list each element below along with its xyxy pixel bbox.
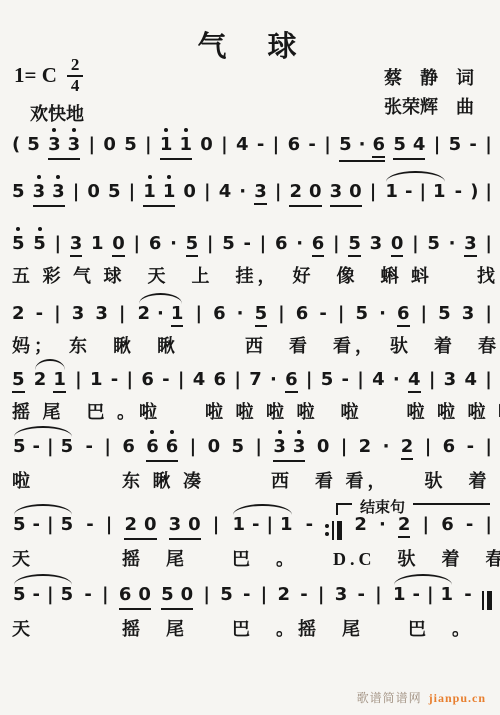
beamed-group: 11	[143, 181, 175, 207]
barline: |	[106, 514, 113, 536]
note: 1	[385, 181, 398, 203]
tie-slur-group: 5-|5	[12, 514, 74, 536]
note: 5	[427, 233, 440, 255]
note: 2	[401, 436, 414, 460]
beamed-group: 5·6	[339, 134, 385, 162]
dash-extension: -	[33, 584, 40, 606]
parenthesis: )	[470, 181, 478, 203]
dash-extension: -	[111, 369, 118, 391]
barline: |	[47, 514, 54, 536]
note: 3	[254, 181, 267, 205]
note: 5	[220, 584, 233, 606]
barline: |	[178, 369, 185, 391]
augmentation-dot: ·	[270, 369, 277, 391]
barline: |	[75, 369, 82, 391]
time-signature-denominator: 4	[67, 77, 84, 96]
barline: |	[375, 584, 382, 606]
note: 2	[359, 436, 372, 458]
note: 2	[34, 369, 47, 391]
beamed-group: 33	[48, 134, 80, 160]
score-line-1: (533|05|110|4-|6-|5·654|5-|	[12, 134, 492, 162]
octave-dot	[170, 430, 174, 434]
notes-row: 2-|33|2·1|6·5|6-|5·6|53|	[12, 303, 492, 327]
note: 0	[138, 584, 151, 606]
note: 3	[48, 134, 61, 156]
note: 6	[296, 303, 309, 325]
key-signature: 1= C 2 4	[14, 56, 83, 95]
dash-extension: -	[243, 233, 250, 255]
augmentation-dot: ·	[379, 303, 386, 325]
note: 3	[273, 436, 286, 458]
barline: |	[485, 181, 492, 203]
beamed-group: 20	[124, 514, 156, 540]
note: 6	[285, 369, 298, 393]
note: 1	[433, 181, 446, 203]
octave-dot	[184, 128, 188, 132]
time-signature: 2 4	[67, 56, 84, 95]
note: 3	[95, 303, 108, 325]
beamed-group: 66	[146, 436, 178, 462]
note: 3	[293, 436, 306, 458]
note: 5	[33, 233, 46, 255]
tie-slur-group: 1-|1	[384, 181, 446, 203]
barline: |	[204, 181, 211, 203]
note: 6	[288, 134, 301, 156]
note: 6	[312, 233, 325, 257]
barline: |	[129, 181, 136, 203]
barline: |	[261, 584, 268, 606]
note: 5	[12, 233, 25, 255]
augmentation-dot: ·	[449, 233, 456, 255]
dash-extension: -	[243, 584, 250, 606]
note: 5	[356, 303, 369, 325]
note: 3	[462, 303, 475, 325]
octave-dot	[37, 175, 41, 179]
note: 5	[61, 584, 74, 606]
dash-extension: -	[308, 134, 315, 156]
note: 2	[354, 514, 367, 536]
tie-slur-group: 5-|5	[12, 584, 74, 606]
note: 5	[186, 233, 199, 257]
note: 5	[12, 181, 25, 203]
note: 1	[441, 584, 454, 606]
barline: |	[134, 233, 141, 255]
barline: |	[434, 134, 441, 156]
octave-dot	[72, 128, 76, 132]
dash-extension: -	[162, 369, 169, 391]
tempo-marking: 欢快地	[30, 100, 84, 126]
barline: |	[324, 134, 331, 156]
note: 0	[391, 233, 404, 257]
note: 1	[90, 369, 103, 391]
note: 0	[309, 181, 322, 203]
augmentation-dot: ·	[379, 514, 386, 536]
lyrics-row: 妈； 东 瞅 瞅 西 看 看， 驮 着 春 天	[12, 332, 492, 358]
beamed-group: 33	[273, 436, 305, 462]
notes-row: (533|05|110|4-|6-|5·654|5-|	[12, 134, 492, 162]
barline: |	[190, 436, 197, 458]
note: 5	[108, 181, 121, 203]
barline: |	[306, 369, 313, 391]
note: 3	[169, 514, 182, 536]
ending-phrase-label: 结束句	[352, 496, 413, 517]
barline: |	[255, 436, 262, 458]
ending-phrase-marker: 结束句	[336, 496, 490, 517]
barline: |	[419, 181, 426, 203]
note: 5	[339, 134, 352, 156]
note: 5	[255, 303, 268, 327]
octave-dot	[16, 227, 20, 231]
augmentation-dot: ·	[393, 369, 400, 391]
barline: |	[412, 233, 419, 255]
note: 5	[13, 514, 26, 536]
dash-extension: -	[86, 514, 93, 536]
dash-extension: -	[33, 436, 40, 458]
beamed-group: (5	[12, 134, 40, 156]
dash-extension: -	[464, 584, 471, 606]
tie-slur-group: 21	[33, 369, 67, 393]
parenthesis: (	[12, 134, 20, 156]
note: 6	[166, 436, 179, 458]
note: 5	[13, 436, 26, 458]
note: 3	[33, 181, 46, 203]
note: 5	[438, 303, 451, 325]
note: 0	[208, 436, 221, 458]
note: 6	[122, 436, 135, 458]
note: 1	[163, 181, 176, 203]
score-line-3: 55|310|6·5|5-|6·6|530|5·3|五 彩 气 球 天 上 挂，…	[12, 233, 492, 288]
note: 5	[393, 134, 406, 156]
note: 3	[335, 584, 348, 606]
final-barline	[482, 591, 492, 610]
note: 1	[143, 181, 156, 203]
note: 5	[12, 369, 25, 393]
barline: |	[213, 514, 220, 536]
barline: |	[357, 369, 364, 391]
note: 5	[348, 233, 361, 257]
score-line-8: 5-|5-|6050|5-|2-|3-|1-|1-天 摇 尾 巴 。摇 尾 巴 …	[12, 584, 492, 641]
note: 2	[289, 181, 302, 203]
beamed-group: 54	[393, 134, 425, 160]
barline: |	[485, 436, 492, 458]
beamed-group: 11	[160, 134, 192, 160]
barline: |	[421, 303, 428, 325]
beamed-group: 60	[119, 584, 151, 610]
note: 5	[321, 369, 334, 391]
note: 0	[144, 514, 157, 536]
notes-row: 5-|5-|6050|5-|2-|3-|1-|1-	[12, 584, 492, 610]
lyrics-row: 摇 尾 巴 。啦 啦 啦 啦 啦 啦 啦 啦 啦 啦	[12, 398, 492, 424]
note: 5	[61, 514, 74, 536]
note: 6	[119, 584, 132, 606]
barline: |	[104, 436, 111, 458]
note: 6	[213, 303, 226, 325]
note: 1	[53, 369, 66, 393]
notes-row: 5-|5-|666|05|330|2·2|6-|	[12, 436, 492, 462]
barline: |	[55, 233, 62, 255]
note: 0	[181, 584, 194, 606]
note: 2	[138, 303, 151, 325]
note: 0	[200, 134, 213, 156]
augmentation-dot: ·	[359, 134, 366, 156]
octave-dot	[52, 128, 56, 132]
barline: |	[427, 584, 434, 606]
dash-extension: -	[342, 369, 349, 391]
octave-dot	[56, 175, 60, 179]
notes-row: 521|1-|6-|46|7·6|5-|4·4|34|	[12, 369, 492, 393]
note: 5	[232, 436, 245, 458]
barline: |	[278, 303, 285, 325]
note: 0	[87, 181, 100, 203]
octave-dot	[164, 128, 168, 132]
barline: |	[429, 369, 436, 391]
tie-slur-group: 1-|1	[231, 514, 293, 536]
barline: |	[273, 134, 280, 156]
beamed-group: 30	[169, 514, 201, 540]
barline: |	[275, 181, 282, 203]
note: 3	[370, 233, 383, 255]
note: 4	[464, 369, 477, 391]
note: 4	[413, 134, 426, 156]
note: 4	[219, 181, 232, 203]
barline: |	[102, 584, 109, 606]
barline: |	[203, 584, 210, 606]
dash-extension: -	[469, 134, 476, 156]
note: 0	[349, 181, 362, 203]
dash-extension: -	[33, 514, 40, 536]
barline: |	[88, 134, 95, 156]
watermark-site-name: 歌谱简谱网	[357, 691, 422, 705]
octave-dot	[38, 227, 42, 231]
lyrics-row: 五 彩 气 球 天 上 挂， 好 像 蝌 蚪 找 妈	[12, 262, 492, 288]
note: 3	[330, 181, 343, 203]
note: 2	[277, 584, 290, 606]
dash-extension: -	[357, 584, 364, 606]
barline: |	[54, 303, 61, 325]
octave-dot	[167, 175, 171, 179]
note: 0	[183, 181, 196, 203]
dash-extension: -	[84, 584, 91, 606]
note: 1	[179, 134, 192, 156]
ending-bracket-line	[413, 503, 490, 505]
augmentation-dot: ·	[296, 233, 303, 255]
note: 0	[188, 514, 201, 536]
note: 5	[161, 584, 174, 606]
barline: |	[260, 233, 267, 255]
note: 2	[12, 303, 25, 325]
note: 0	[112, 233, 125, 257]
note: 6	[441, 514, 454, 536]
note: 6	[214, 369, 227, 391]
barline: |	[341, 436, 348, 458]
note: 0	[103, 134, 116, 156]
watermark-url[interactable]: jianpu.cn	[429, 691, 486, 705]
augmentation-dot: ·	[383, 436, 390, 458]
barline: |	[485, 514, 492, 536]
barline: |	[47, 584, 54, 606]
octave-dot	[297, 430, 301, 434]
note: 4	[372, 369, 385, 391]
note: 3	[52, 181, 65, 203]
barline: |	[485, 369, 492, 391]
score-line-5: 521|1-|6-|46|7·6|5-|4·4|34|摇 尾 巴 。啦 啦 啦 …	[12, 369, 492, 424]
barline: |	[425, 436, 432, 458]
note: 1	[280, 514, 293, 536]
barline: |	[234, 369, 241, 391]
note: 6	[149, 233, 162, 255]
note: 6	[275, 233, 288, 255]
note: 2	[124, 514, 137, 536]
note: 3	[444, 369, 457, 391]
notes-row: 533|05|110|4·3|2030|1-|1-)|	[12, 181, 492, 207]
note: 5	[13, 584, 26, 606]
dash-extension: -	[455, 181, 462, 203]
barline: |	[485, 303, 492, 325]
note: 6	[141, 369, 154, 391]
notes-row: 5-|5-|2030|1-|1-2·2|6-|	[12, 514, 492, 540]
composer-credit: 张荣辉 曲	[384, 93, 474, 119]
dash-extension: -	[412, 584, 419, 606]
note: 6	[397, 303, 410, 327]
score-line-2: 533|05|110|4·3|2030|1-|1-)|	[12, 181, 492, 207]
dash-extension: -	[466, 514, 473, 536]
barline: |	[145, 134, 152, 156]
note: 4	[193, 369, 206, 391]
time-signature-numerator: 2	[67, 56, 84, 77]
barline: |	[195, 303, 202, 325]
note: 1	[393, 584, 406, 606]
beamed-group: 33	[33, 181, 65, 207]
notes-row: 55|310|6·5|5-|6·6|530|5·3|	[12, 233, 492, 257]
barline: |	[333, 233, 340, 255]
beamed-group: 20	[289, 181, 321, 207]
note: 5	[61, 436, 74, 458]
lyrics-row: 啦 东 瞅 凑 西 看 看， 驮 着 春	[12, 467, 492, 493]
watermark: 歌谱简谱网 jianpu.cn	[357, 689, 486, 706]
dash-extension: -	[257, 134, 264, 156]
sheet-music-page: 气 球 1= C 2 4 欢快地 蔡 静 词 张荣辉 曲 (533|05|110…	[0, 0, 500, 715]
dash-extension: -	[405, 181, 412, 203]
barline: |	[47, 436, 54, 458]
dash-extension: -	[306, 514, 313, 536]
note: 1	[232, 514, 245, 536]
note: 1	[171, 303, 184, 327]
note: 3	[70, 233, 83, 257]
barline: |	[318, 584, 325, 606]
dash-extension: -	[86, 436, 93, 458]
note: 1	[91, 233, 104, 255]
note: 5	[124, 134, 137, 156]
note: 6	[372, 134, 385, 158]
note: 6	[146, 436, 159, 458]
barline: |	[338, 303, 345, 325]
barline: |	[119, 303, 126, 325]
note: 7	[249, 369, 262, 391]
score-line-6: 5-|5-|666|05|330|2·2|6-|啦 东 瞅 凑 西 看 看， 驮…	[12, 436, 492, 493]
dash-extension: -	[467, 436, 474, 458]
tie-slur-group: 5-|5	[12, 436, 74, 458]
barline: |	[485, 233, 492, 255]
score-line-4: 2-|33|2·1|6·5|6-|5·6|53|妈； 东 瞅 瞅 西 看 看， …	[12, 303, 492, 358]
note: 2	[398, 514, 411, 538]
ending-bracket-corner	[336, 503, 352, 515]
augmentation-dot: ·	[237, 303, 244, 325]
note: 6	[443, 436, 456, 458]
note: 1	[160, 134, 173, 156]
note: 4	[236, 134, 249, 156]
barline: |	[266, 514, 273, 536]
octave-dot	[278, 430, 282, 434]
key-label: 1= C	[14, 63, 57, 88]
note: 5	[222, 233, 235, 255]
lyrics-row: 天 摇 尾 巴 。 D.C 驮 着 春	[12, 545, 492, 571]
barline: |	[127, 369, 134, 391]
beamed-group: 50	[161, 584, 193, 610]
note: 3	[68, 134, 81, 156]
note: 3	[464, 233, 477, 257]
note: 5	[27, 134, 40, 156]
augmentation-dot: ·	[157, 303, 164, 325]
barline: |	[221, 134, 228, 156]
beamed-group: )|	[470, 181, 492, 203]
tie-slur-group: 1-|1	[392, 584, 454, 606]
barline: |	[207, 233, 214, 255]
octave-dot	[148, 175, 152, 179]
octave-dot	[150, 430, 154, 434]
tie-slur-group: 2·1	[137, 303, 185, 327]
repeat-end-barline	[325, 521, 342, 540]
dash-extension: -	[36, 303, 43, 325]
barline: |	[485, 134, 492, 156]
lyricist-credit: 蔡 静 词	[384, 64, 474, 90]
lyrics-row: 天 摇 尾 巴 。摇 尾 巴 。	[12, 615, 492, 641]
note: 4	[408, 369, 421, 393]
barline: |	[423, 514, 430, 536]
score-line-7: 5-|5-|2030|1-|1-2·2|6-|天 摇 尾 巴 。 D.C 驮 着…	[12, 514, 492, 571]
dash-extension: -	[300, 584, 307, 606]
dash-extension: -	[252, 514, 259, 536]
augmentation-dot: ·	[239, 181, 246, 203]
note: 3	[72, 303, 85, 325]
barline: |	[370, 181, 377, 203]
dash-extension: -	[319, 303, 326, 325]
note: 0	[317, 436, 330, 458]
note: 5	[449, 134, 462, 156]
augmentation-dot: ·	[170, 233, 177, 255]
barline: |	[73, 181, 80, 203]
beamed-group: 30	[330, 181, 362, 207]
